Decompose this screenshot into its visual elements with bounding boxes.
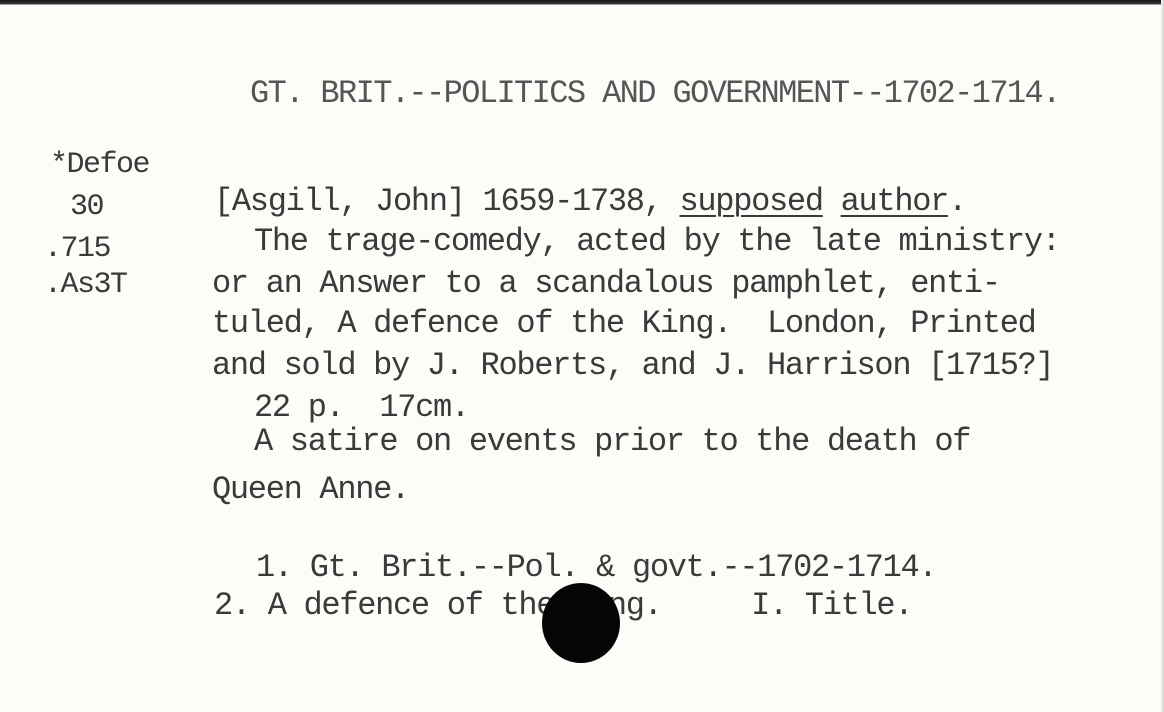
imprint-line: and sold by J. Roberts, and J. Harrison … xyxy=(212,350,1053,382)
collation-line: 22 p. 17cm. xyxy=(254,392,469,424)
note-line-1: A satire on events prior to the death of xyxy=(254,426,970,458)
author-role-supposed: supposed xyxy=(680,183,823,220)
call-number-line-3: .715 xyxy=(44,234,110,264)
call-number-line-4: .As3T xyxy=(44,270,127,300)
title-line-3: tuled, A defence of the King. London, Pr… xyxy=(212,308,1036,340)
subject-heading: GT. BRIT.--POLITICS AND GOVERNMENT--1702… xyxy=(250,78,1060,110)
punch-hole xyxy=(542,583,620,663)
note-line-2: Queen Anne. xyxy=(212,474,409,506)
title-line-2: or an Answer to a scandalous pamphlet, e… xyxy=(212,268,1000,300)
author-entry: [Asgill, John] 1659-1738, supposed autho… xyxy=(214,186,966,218)
tracing-subject: 1. Gt. Brit.--Pol. & govt.--1702-1714. xyxy=(256,552,936,584)
call-number-line-2: 30 xyxy=(70,192,103,222)
author-name: [Asgill, John] 1659-1738, xyxy=(214,183,662,220)
title-line-1: The trage-comedy, acted by the late mini… xyxy=(254,226,1060,258)
call-number-line-1: *Defoe xyxy=(50,150,149,180)
card-top-edge xyxy=(0,0,1164,5)
author-role-author: author xyxy=(841,183,948,220)
